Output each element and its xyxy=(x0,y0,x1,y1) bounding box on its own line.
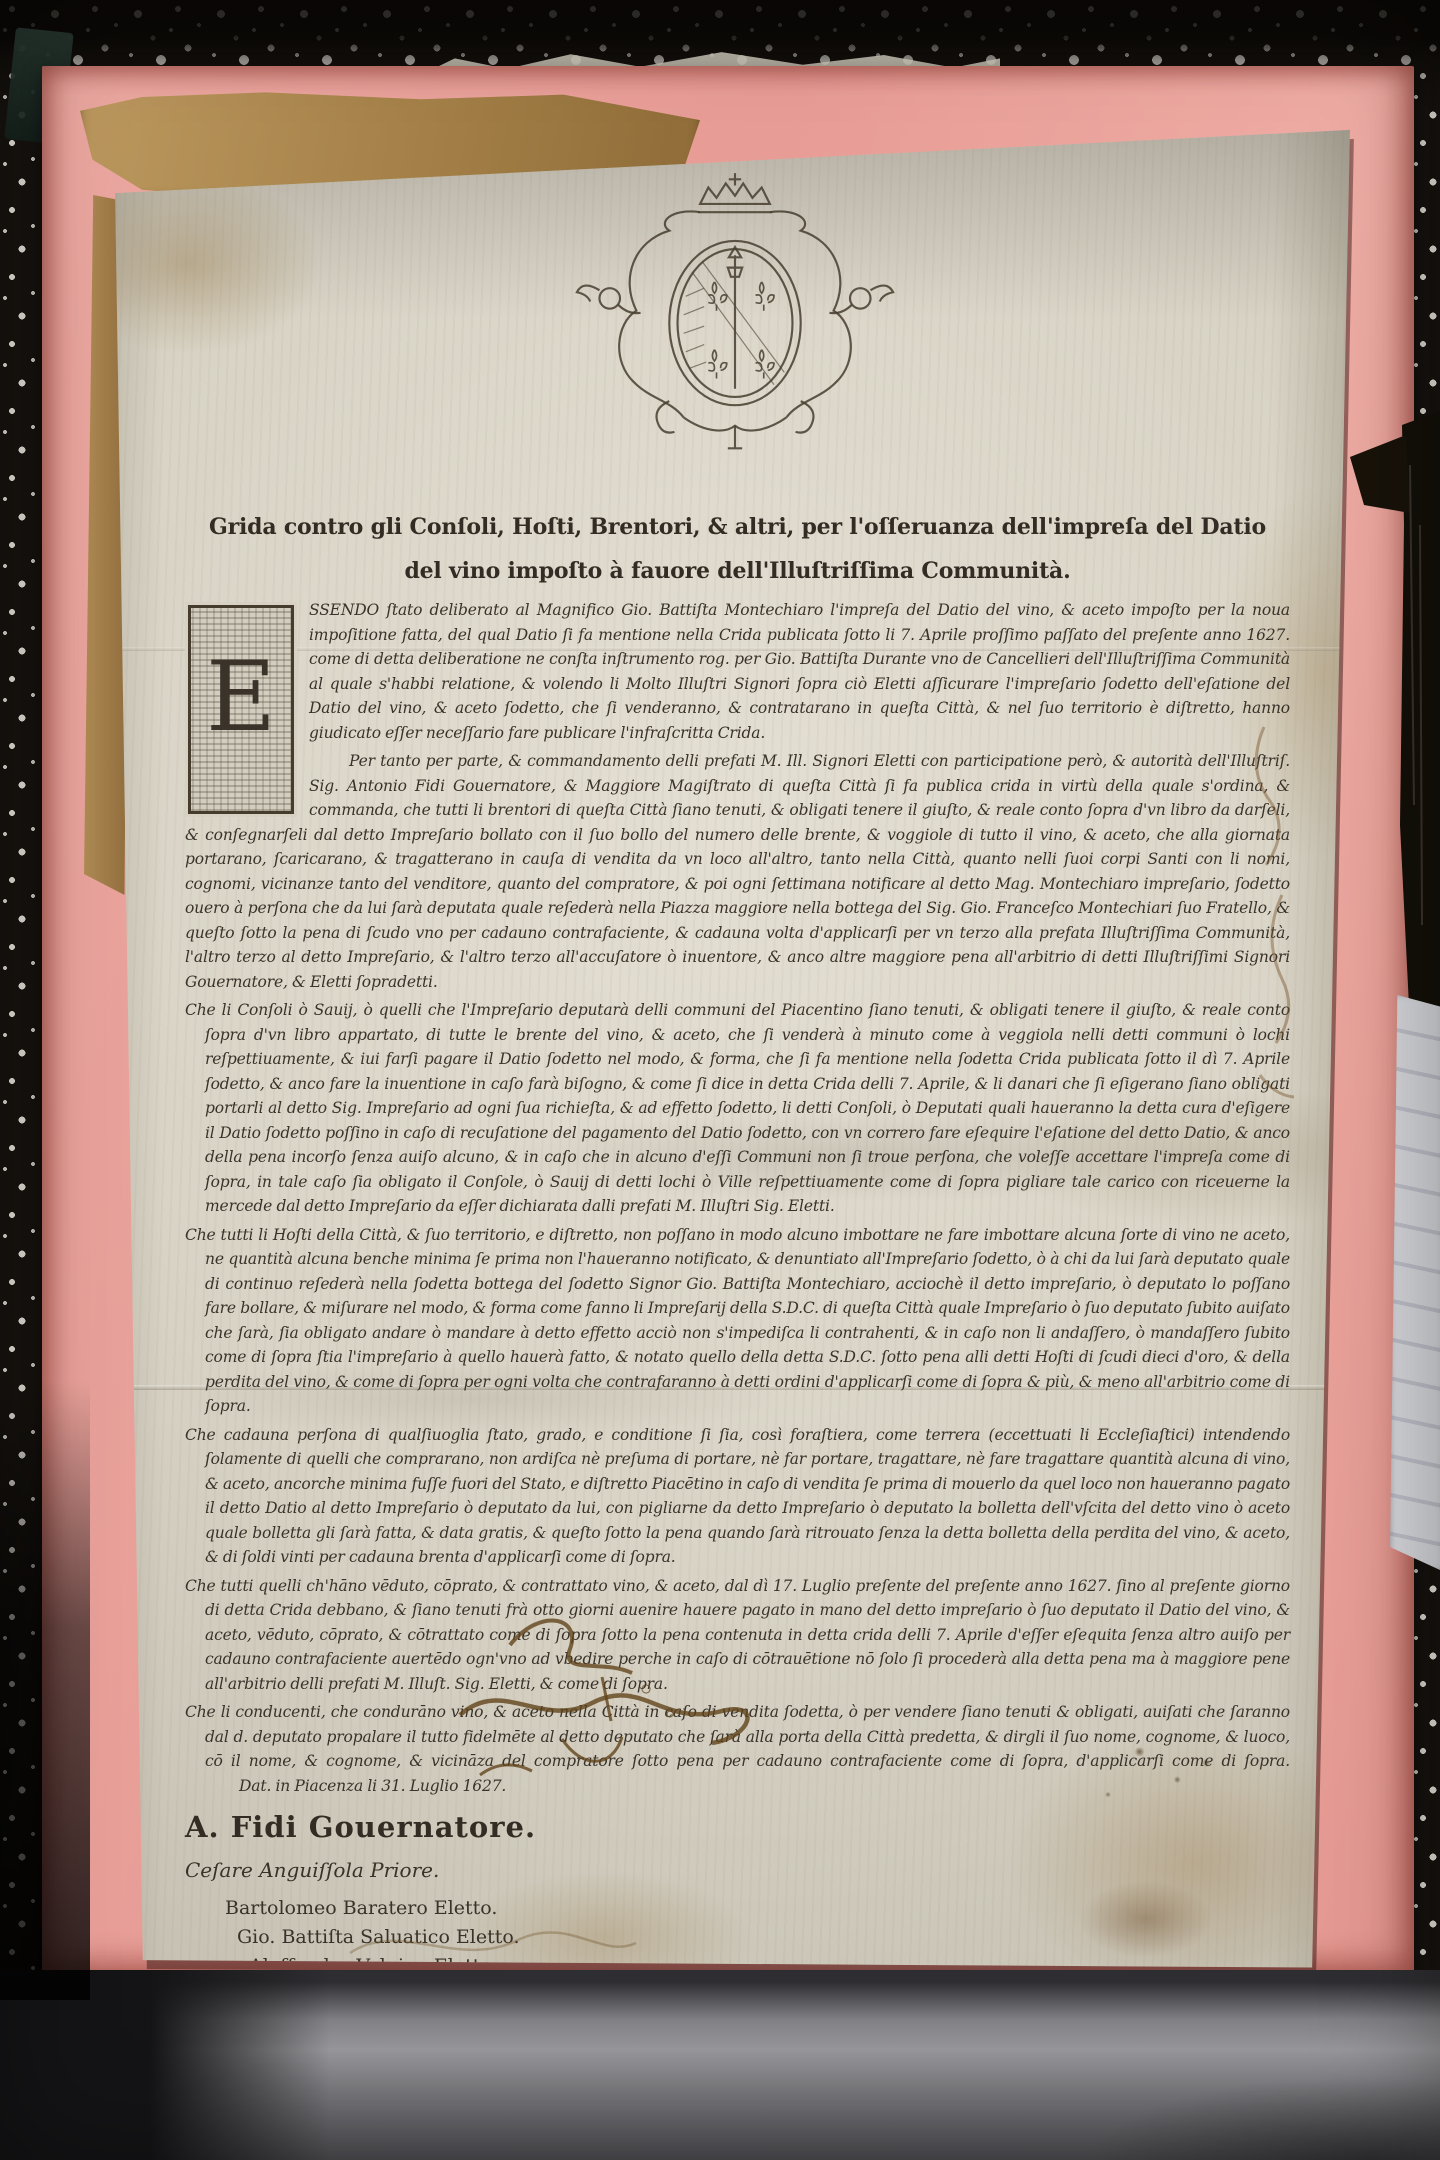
body-paragraph: Per tanto per parte, & commandamento del… xyxy=(185,749,1290,994)
initial-letter: E xyxy=(206,684,276,709)
governor-subscription: A. Fidi Gouernatore. xyxy=(185,1810,1290,1844)
document-title: Grida contro gli Conſoli, Hoſti, Brentor… xyxy=(193,505,1283,593)
document-sheet: Grida contro gli Conſoli, Hoſti, Brentor… xyxy=(100,115,1360,1975)
body-paragraph: E SSENDO ſtato deliberato al Magnifico G… xyxy=(185,598,1290,745)
body-paragraph: Che li Conſoli ò Sauij, ò quelli che l'I… xyxy=(185,998,1290,1219)
decorated-initial-woodcut: E xyxy=(185,602,297,817)
ink-flourish xyxy=(420,1615,890,1815)
coat-of-arms-woodcut xyxy=(570,167,900,475)
prior-subscription: Ceſare Anguiſſola Priore. xyxy=(185,1858,1290,1882)
printed-text-column: Grida contro gli Conſoli, Hoſti, Brentor… xyxy=(185,505,1290,2088)
photo-of-proclamation: Grida contro gli Conſoli, Hoſti, Brentor… xyxy=(0,0,1440,2160)
margin-handwriting xyxy=(1220,715,1330,1185)
table-surface xyxy=(0,1970,1440,2160)
paragraph-text: SSENDO ſtato deliberato al Magnifico Gio… xyxy=(309,601,1290,742)
body-paragraph: Che tutti li Hoſti della Città, & ſuo te… xyxy=(185,1223,1290,1419)
body-paragraph: Che cadauna perſona di qualſiuoglia ſtat… xyxy=(185,1423,1290,1570)
left-edge-shadow xyxy=(0,1380,90,2000)
